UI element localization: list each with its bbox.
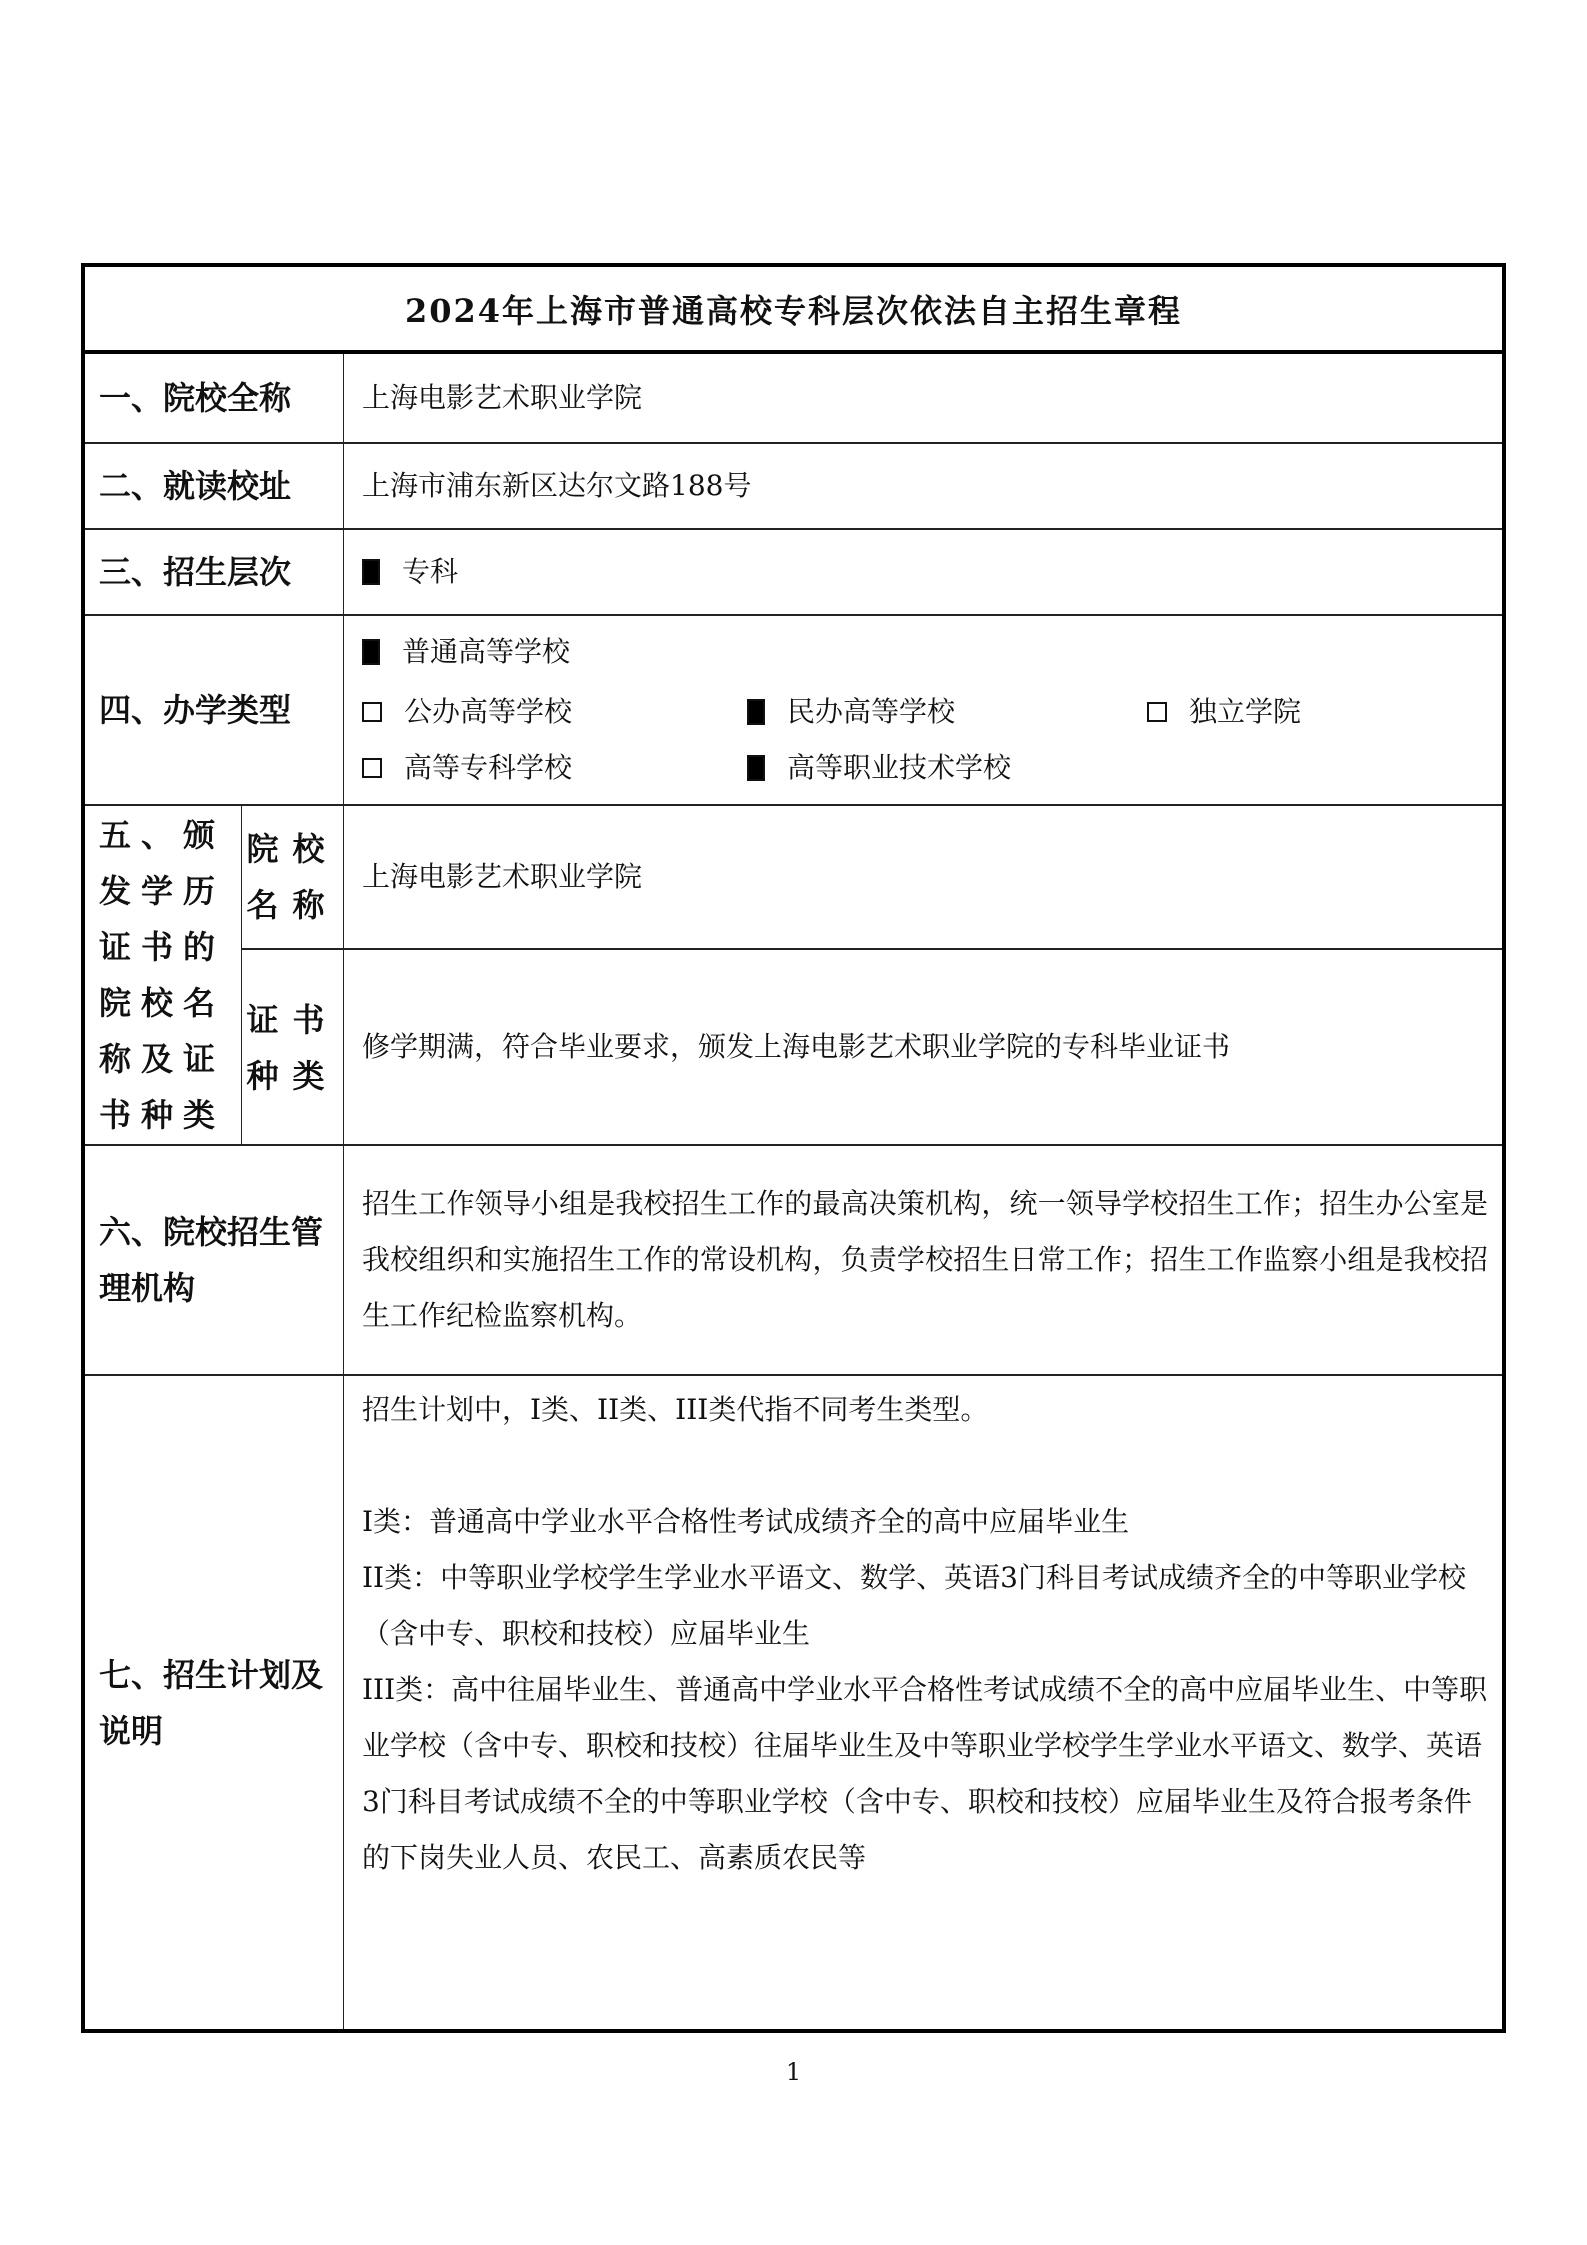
row-school-name: 一、院校全称 上海电影艺术职业学院 [85, 354, 1502, 442]
label-management: 六、院校招生管理机构 [85, 1146, 344, 1374]
row-school-type: 四、办学类型 普通高等学校 公办高等学校 民办高等学校 独立学院 高等专科学校 … [85, 614, 1502, 804]
option-junior-college[interactable]: 高等专科学校 [362, 740, 747, 796]
label-school-type: 四、办学类型 [85, 616, 344, 804]
row-address: 二、就读校址 上海市浦东新区达尔文路188号 [85, 442, 1502, 528]
admission-table: 2024年上海市普通高校专科层次依法自主招生章程 一、院校全称 上海电影艺术职业… [81, 263, 1506, 2033]
plan-intro: 招生计划中，I类、II类、III类代指不同考生类型。 [362, 1382, 1488, 1438]
plan-type-3: III类：高中往届毕业生、普通高中学业水平合格性考试成绩不全的高中应届毕业生、中… [362, 1662, 1488, 1886]
value-issuer: 上海电影艺术职业学院 [344, 806, 1502, 948]
label-address: 二、就读校址 [85, 444, 344, 528]
document-title: 2024年上海市普通高校专科层次依法自主招生章程 [85, 267, 1502, 354]
checkbox-checked-icon [747, 699, 765, 725]
option-vocational[interactable]: 高等职业技术学校 [747, 740, 1147, 796]
value-plan: 招生计划中，I类、II类、III类代指不同考生类型。 I类：普通高中学业水平合格… [362, 1382, 1488, 1886]
value-cert-type: 修学期满，符合毕业要求，颁发上海电影艺术职业学院的专科毕业证书 [344, 948, 1502, 1144]
row-management: 六、院校招生管理机构 招生工作领导小组是我校招生工作的最高决策机构，统一领导学校… [85, 1144, 1502, 1374]
checkbox-empty-icon [362, 702, 382, 722]
school-type-line-2: 公办高等学校 民办高等学校 独立学院 [362, 684, 1447, 740]
checkbox-checked-icon [362, 559, 380, 585]
plan-type-2: II类：中等职业学校学生学业水平语文、数学、英语3门科目考试成绩齐全的中等职业学… [362, 1550, 1488, 1662]
spacer [362, 1438, 1488, 1494]
row-level: 三、招生层次 专科 [85, 528, 1502, 614]
checkbox-checked-icon [747, 755, 765, 781]
value-school-name: 上海电影艺术职业学院 [344, 354, 1502, 442]
label-issuer: 院校名称 [242, 806, 344, 948]
label-plan: 七、招生计划及说明 [85, 1376, 344, 2029]
option-zhuanke[interactable]: 专科 [362, 544, 458, 600]
label-certificate: 五、颁发学历证书的院校名称及证书种类 [85, 806, 242, 1144]
option-regular-higher[interactable]: 普通高等学校 [362, 624, 570, 680]
checkbox-empty-icon [1147, 702, 1167, 722]
plan-type-1: I类：普通高中学业水平合格性考试成绩齐全的高中应届毕业生 [362, 1494, 1488, 1550]
row-plan: 七、招生计划及说明 招生计划中，I类、II类、III类代指不同考生类型。 I类：… [85, 1374, 1502, 2029]
school-type-line-3: 高等专科学校 高等职业技术学校 [362, 740, 1447, 796]
value-address: 上海市浦东新区达尔文路188号 [344, 444, 1502, 528]
label-cert-type: 证书种类 [242, 948, 344, 1146]
row-certificate: 五、颁发学历证书的院校名称及证书种类 院校名称 证书种类 上海电影艺术职业学院 … [85, 804, 1502, 1144]
page-number: 1 [0, 2058, 1587, 2086]
value-management: 招生工作领导小组是我校招生工作的最高决策机构，统一领导学校招生工作；招生办公室是… [344, 1146, 1502, 1374]
value-level: 专科 [344, 530, 1502, 614]
label-level: 三、招生层次 [85, 530, 344, 614]
checkbox-empty-icon [362, 758, 382, 778]
option-independent[interactable]: 独立学院 [1147, 684, 1447, 740]
option-public[interactable]: 公办高等学校 [362, 684, 747, 740]
label-school-name: 一、院校全称 [85, 354, 344, 442]
option-private[interactable]: 民办高等学校 [747, 684, 1147, 740]
value-school-type: 普通高等学校 公办高等学校 民办高等学校 独立学院 高等专科学校 高等职业技术学… [344, 616, 1502, 804]
checkbox-checked-icon [362, 639, 380, 665]
school-type-line-1: 普通高等学校 [362, 624, 570, 684]
